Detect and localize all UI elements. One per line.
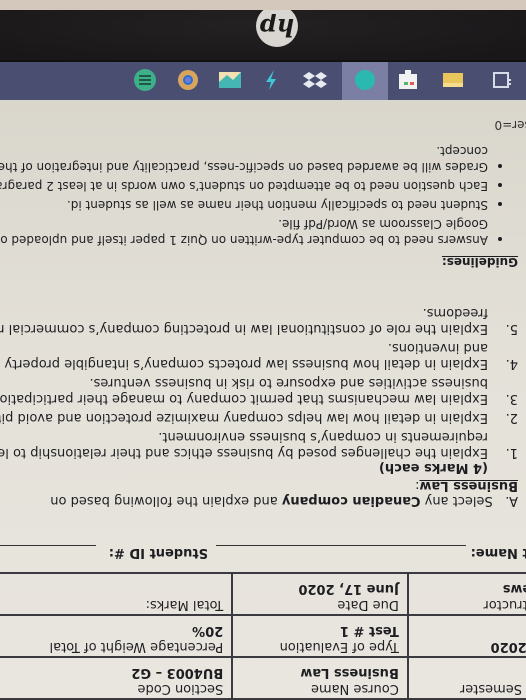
active-app-tile[interactable]	[342, 60, 388, 100]
list-item: 2.Explain in detail how law helps compan…	[0, 409, 488, 425]
url-fragment: nuser=0	[495, 118, 526, 132]
layout-icon[interactable]	[488, 68, 514, 92]
slides-icon[interactable]	[395, 68, 421, 92]
table-cell: Section CodeBU4003 – G2	[0, 657, 232, 699]
photo-scene: Program + SemesterBBA - G2 Course NameBu…	[0, 0, 526, 700]
student-name-label: dent Name:	[471, 545, 526, 560]
list-item: Grades will be awarded based on specific…	[0, 143, 488, 175]
bolt-icon[interactable]	[258, 68, 284, 92]
rotated-photo: Program + SemesterBBA - G2 Course NameBu…	[0, 0, 526, 700]
table-cell: Course NameBusiness Law	[232, 657, 408, 699]
hp-logo: hp	[256, 5, 298, 47]
table-cell: Program + SemesterBBA - G2	[408, 657, 526, 699]
list-item: Each question need to be attempted on st…	[0, 178, 488, 194]
student-name-field[interactable]	[216, 545, 466, 546]
photos-icon[interactable]	[217, 68, 243, 92]
list-item: 3.Explain law mechanisms that permit com…	[0, 374, 488, 406]
course-info-table: Program + SemesterBBA - G2 Course NameBu…	[0, 572, 526, 700]
active-app-icon	[342, 60, 388, 100]
marks-note: (4 Marks each)	[0, 460, 518, 475]
table-cell: Type of EvaluationTest # 1	[232, 615, 408, 657]
list-item: Answers need to be computer type-written…	[0, 216, 488, 248]
table-cell: Total Marks:	[0, 573, 232, 615]
table-cell: Course InstructorJon Mathews	[408, 573, 526, 615]
list-item: 5.Explain the role of constitutional law…	[0, 304, 488, 336]
guidelines: Guidelines: Answers need to be computer …	[0, 140, 518, 270]
student-id-label: Student ID #:	[109, 545, 208, 560]
list-item: 4.Explain in detail how business law pro…	[0, 339, 488, 371]
question-list: 1.Explain the challenges posed by busine…	[0, 301, 526, 460]
background-wall	[0, 0, 526, 10]
table-row: Course InstructorJon Mathews Due DateJun…	[0, 573, 526, 615]
document-page: Program + SemesterBBA - G2 Course NameBu…	[0, 100, 526, 700]
student-id-field[interactable]	[0, 545, 96, 546]
table-row: Program + SemesterBBA - G2 Course NameBu…	[0, 657, 526, 699]
chrome-icon[interactable]	[175, 68, 201, 92]
laptop-screen: Program + SemesterBBA - G2 Course NameBu…	[0, 98, 526, 700]
stack-icon[interactable]	[132, 68, 158, 92]
guidelines-title: Guidelines:	[0, 254, 518, 270]
table-cell: SUMMER 2020	[408, 615, 526, 657]
table-cell: Due DateJune 17, 2020	[232, 573, 408, 615]
table-row: SUMMER 2020 Type of EvaluationTest # 1 P…	[0, 615, 526, 657]
dropbox-icon[interactable]	[302, 68, 328, 92]
table-cell: Percentage Weight of Total20%	[0, 615, 232, 657]
guidelines-list: Answers need to be computer type-written…	[0, 143, 518, 248]
list-item: Student need to specifically mention the…	[0, 197, 488, 213]
folder-icon[interactable]	[440, 68, 466, 92]
taskbar	[0, 60, 526, 100]
question-a: A. Select any Canadian company and expla…	[0, 460, 518, 508]
list-item: 1.Explain the challenges posed by busine…	[0, 428, 488, 460]
